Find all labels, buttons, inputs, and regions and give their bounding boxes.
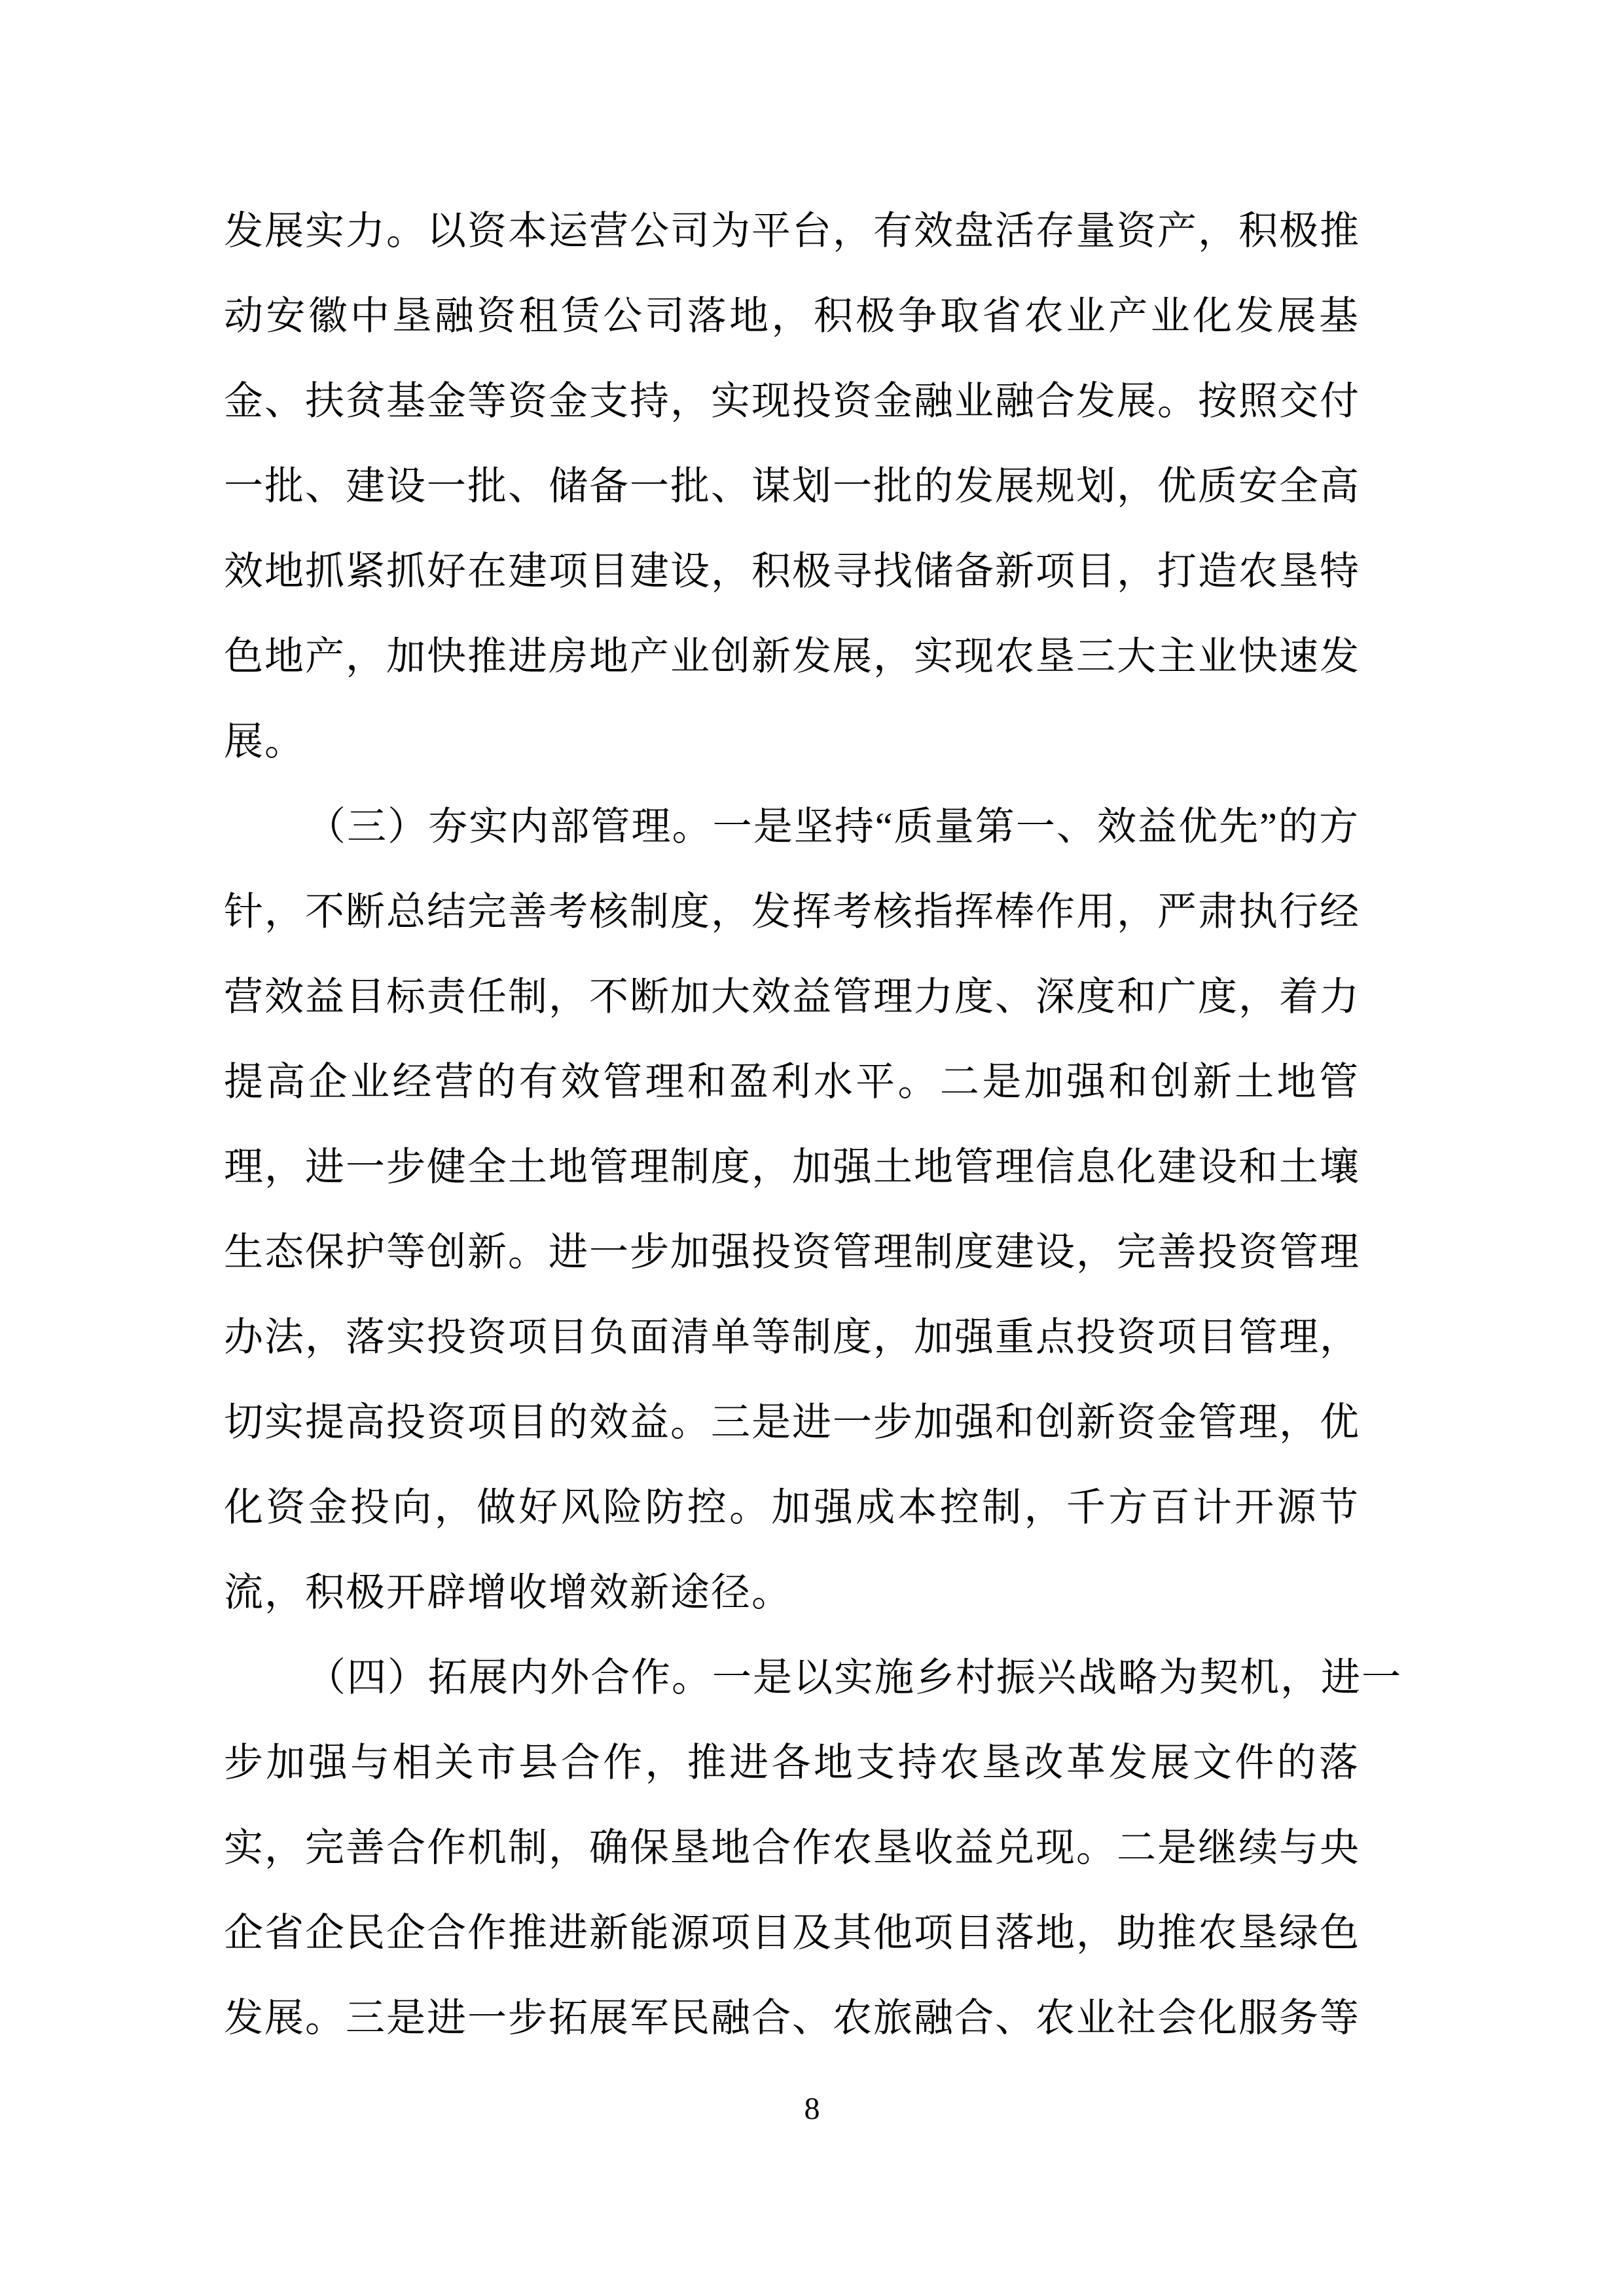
document-page: 发展实力。以资本运营公司为平台，有效盘活存量资产，积极推动安徽中垦融资租赁公司落… <box>0 0 1624 2295</box>
text-line: 发展。三是进一步拓展军民融合、农旅融合、农业社会化服务等 <box>224 1976 1360 2061</box>
text-line: 实，完善合作机制，确保垦地合作农垦收益兑现。二是继续与央 <box>224 1805 1360 1890</box>
text-line: 办法，落实投资项目负面清单等制度，加强重点投资项目管理， <box>224 1295 1360 1380</box>
text-line: 发展实力。以资本运营公司为平台，有效盘活存量资产，积极推 <box>224 189 1360 274</box>
page-number: 8 <box>804 2089 820 2129</box>
document-body: 发展实力。以资本运营公司为平台，有效盘活存量资产，积极推动安徽中垦融资租赁公司落… <box>224 189 1360 2061</box>
text-line: 生态保护等创新。进一步加强投资管理制度建设，完善投资管理 <box>224 1210 1360 1295</box>
text-line: 展。 <box>224 699 1360 784</box>
page-footer: 8 <box>0 2089 1624 2129</box>
text-line: 效地抓紧抓好在建项目建设，积极寻找储备新项目，打造农垦特 <box>224 529 1360 614</box>
text-line: 切实提高投资项目的效益。三是进一步加强和创新资金管理，优 <box>224 1380 1360 1465</box>
text-line: 理，进一步健全土地管理制度，加强土地管理信息化建设和土壤 <box>224 1125 1360 1210</box>
text-line: 金、扶贫基金等资金支持，实现投资金融业融合发展。按照交付 <box>224 359 1360 444</box>
text-line: 化资金投向，做好风险防控。加强成本控制，千方百计开源节 <box>224 1465 1360 1550</box>
text-line: 提高企业经营的有效管理和盈利水平。二是加强和创新土地管 <box>224 1039 1360 1125</box>
text-line: 针，不断总结完善考核制度，发挥考核指挥棒作用，严肃执行经 <box>224 869 1360 954</box>
text-line: （三）夯实内部管理。一是坚持“质量第一、效益优先”的方 <box>224 784 1360 869</box>
text-line: 步加强与相关市县合作，推进各地支持农垦改革发展文件的落 <box>224 1720 1360 1805</box>
text-line: 企省企民企合作推进新能源项目及其他项目落地，助推农垦绿色 <box>224 1890 1360 1976</box>
text-line: 色地产，加快推进房地产业创新发展，实现农垦三大主业快速发 <box>224 614 1360 699</box>
text-line: （四）拓展内外合作。一是以实施乡村振兴战略为契机，进一 <box>224 1635 1360 1720</box>
text-line: 流，积极开辟增收增效新途径。 <box>224 1550 1360 1635</box>
text-line: 一批、建设一批、储备一批、谋划一批的发展规划，优质安全高 <box>224 444 1360 529</box>
text-line: 营效益目标责任制，不断加大效益管理力度、深度和广度，着力 <box>224 954 1360 1039</box>
text-line: 动安徽中垦融资租赁公司落地，积极争取省农业产业化发展基 <box>224 274 1360 359</box>
